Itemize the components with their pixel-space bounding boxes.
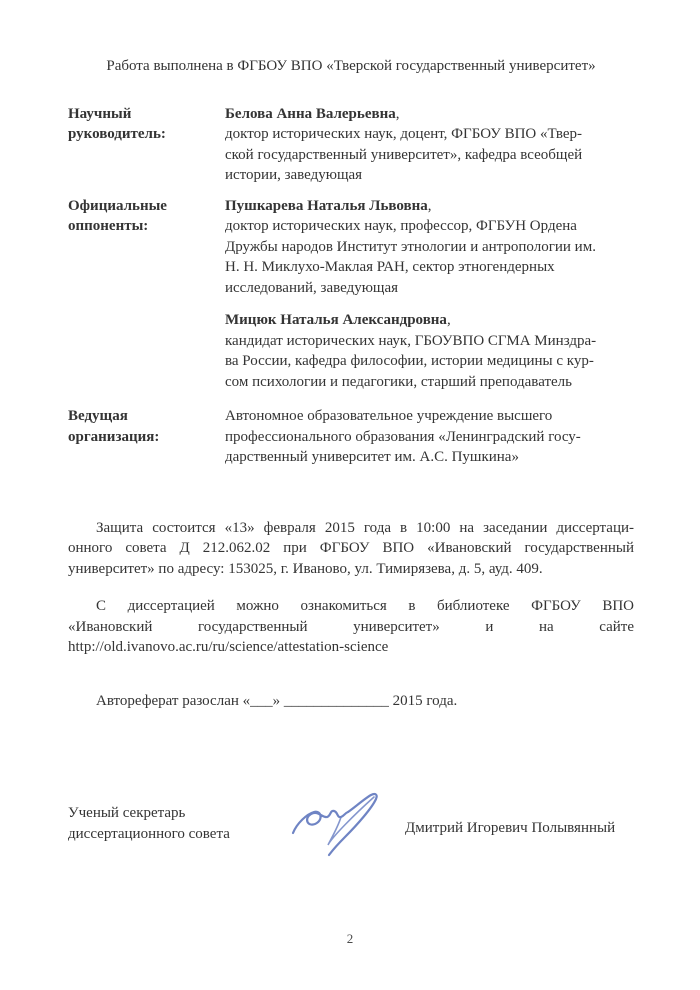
opponent-first: Пушкарева Наталья Львовна, доктор истори… — [225, 196, 634, 299]
credential-line: доктор исторических наук, доцент, ФГБОУ … — [225, 124, 634, 145]
lead-org-line: Автономное образовательное учреждение вы… — [225, 406, 634, 427]
opponents-label-line: Официальные — [68, 196, 225, 217]
defense-paragraph: Защита состоится «13» февраля 2015 года … — [68, 518, 634, 580]
signature-stroke — [329, 794, 377, 855]
credential-line: ской государственный университет», кафед… — [225, 145, 634, 166]
supervisor-row: Научный руководитель: Белова Анна Валерь… — [68, 104, 634, 186]
credential-line: Дружбы народов Институт этнологии и антр… — [225, 237, 634, 258]
person-name: Белова Анна Валерьевна — [225, 106, 396, 122]
page-number: 2 — [0, 929, 700, 950]
supervisor-label: Научный руководитель: — [68, 104, 225, 186]
name-suffix: , — [447, 312, 451, 328]
library-url: http://old.ivanovo.ac.ru/ru/science/atte… — [68, 637, 634, 658]
supervisor-label-line: руководитель: — [68, 124, 225, 145]
opponents-label-line: оппоненты: — [68, 216, 225, 237]
credential-line: сом психологии и педагогики, старший пре… — [225, 372, 634, 393]
lead-org-details: Автономное образовательное учреждение вы… — [225, 406, 634, 468]
defense-line: университет» по адресу: 153025, г. Ивано… — [68, 559, 634, 580]
credential-line: исследований, заведующая — [225, 278, 634, 299]
person-name: Мицюк Наталья Александровна — [225, 312, 447, 328]
lead-org-line: дарственный университет им. А.С. Пушкина… — [225, 447, 634, 468]
secretary-title-line: диссертационного совета — [68, 824, 230, 845]
lead-org-label-line: Ведущая — [68, 406, 225, 427]
opponents-details: Пушкарева Наталья Львовна, доктор истори… — [225, 196, 634, 393]
lead-org-label-line: организация: — [68, 427, 225, 448]
credential-line: Н. Н. Миклухо-Маклая РАН, сектор этноген… — [225, 257, 634, 278]
credential-line: кандидат исторических наук, ГБОУВПО СГМА… — [225, 331, 634, 352]
library-line: С диссертацией можно ознакомиться в библ… — [68, 596, 634, 617]
opponents-label: Официальные оппоненты: — [68, 196, 225, 393]
credential-line: доктор исторических наук, профессор, ФГБ… — [225, 216, 634, 237]
credential-line: ва России, кафедра философии, истории ме… — [225, 351, 634, 372]
secretary-title-line: Ученый секретарь — [68, 803, 230, 824]
mailing-line: Автореферат разослан «___» _____________… — [68, 691, 634, 712]
defense-line: онного совета Д 212.062.02 при ФГБОУ ВПО… — [68, 538, 634, 559]
person-name: Пушкарева Наталья Львовна — [225, 198, 428, 214]
lead-org-label: Ведущая организация: — [68, 406, 225, 468]
credential-line: истории, заведующая — [225, 165, 634, 186]
name-suffix: , — [428, 198, 432, 214]
name-suffix: , — [396, 106, 400, 122]
signature-stroke — [328, 797, 374, 845]
library-line: «Ивановский государственный университет»… — [68, 617, 634, 638]
person-name-line: Белова Анна Валерьевна, — [225, 104, 634, 125]
lead-org-line: профессионального образования «Ленинград… — [225, 427, 634, 448]
opponents-row: Официальные оппоненты: Пушкарева Наталья… — [68, 196, 634, 393]
person-name-line: Мицюк Наталья Александровна, — [225, 310, 634, 331]
lead-org-row: Ведущая организация: Автономное образова… — [68, 406, 634, 468]
library-paragraph: С диссертацией можно ознакомиться в библ… — [68, 596, 634, 658]
secretary-name: Дмитрий Игоревич Полывянный — [405, 818, 615, 839]
secretary-title: Ученый секретарь диссертационного совета — [68, 803, 230, 844]
supervisor-details: Белова Анна Валерьевна, доктор историчес… — [225, 104, 634, 186]
supervisor-label-line: Научный — [68, 104, 225, 125]
signature-icon — [281, 775, 395, 867]
work-venue-line: Работа выполнена в ФГБОУ ВПО «Тверской г… — [68, 56, 634, 77]
defense-line: Защита состоится «13» февраля 2015 года … — [68, 518, 634, 539]
opponent-second: Мицюк Наталья Александровна, кандидат ис… — [225, 310, 634, 392]
document-page: Работа выполнена в ФГБОУ ВПО «Тверской г… — [0, 0, 700, 990]
person-name-line: Пушкарева Наталья Львовна, — [225, 196, 634, 217]
